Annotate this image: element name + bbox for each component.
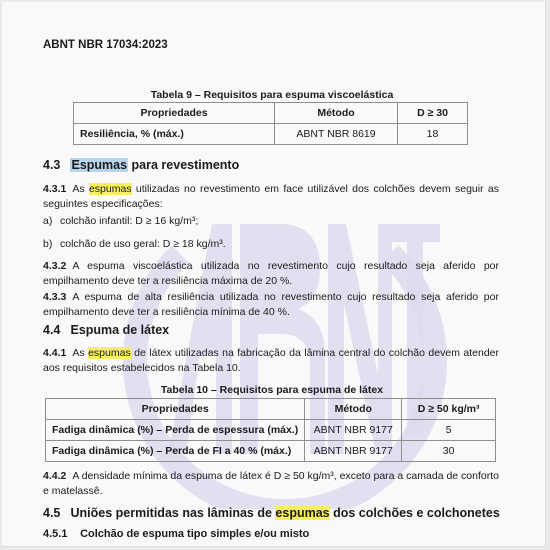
list-item: b)colchão de uso geral: D ≥ 18 kg/m³. xyxy=(43,238,226,250)
list-marker: b) xyxy=(43,238,60,250)
search-match-highlight[interactable]: espumas xyxy=(88,347,131,359)
table9-cell-method: ABNT NBR 8619 xyxy=(275,124,398,145)
selected-text[interactable]: Espumas xyxy=(70,158,128,172)
table10-cell-property: Fadiga dinâmica (%) – Perda de FI a 40 %… xyxy=(46,441,305,462)
list-text: colchão de uso geral: D ≥ 18 kg/m³. xyxy=(60,238,226,250)
list-marker: a) xyxy=(43,215,60,227)
heading-text: Colchão de espuma tipo simples e/ou mist… xyxy=(80,528,309,540)
table9-header-properties: Propriedades xyxy=(74,103,275,124)
text: As xyxy=(72,347,88,359)
table10-cell-value: 30 xyxy=(402,441,496,462)
paragraph-4-3-3: 4.3.3A espuma de alta resiliência utiliz… xyxy=(43,290,499,320)
paragraph-number: 4.3.1 xyxy=(43,183,66,195)
table10-header-properties: Propriedades xyxy=(46,399,305,420)
paragraph-number: 4.3.2 xyxy=(43,260,66,272)
paragraph-number: 4.3.3 xyxy=(43,291,66,303)
list-text: colchão infantil: D ≥ 16 kg/m³; xyxy=(60,215,198,227)
heading-text: Espuma de látex xyxy=(70,323,169,337)
paragraph-4-4-2: 4.4.2A densidade mínima da espuma de lát… xyxy=(43,469,499,499)
heading-text: para revestimento xyxy=(128,158,239,172)
paragraph-4-3-2: 4.3.2A espuma viscoelástica utilizada no… xyxy=(43,259,499,289)
section-4-5-1-heading: 4.5.1 Colchão de espuma tipo simples e/o… xyxy=(43,528,309,540)
paragraph-4-4-1: 4.4.1As espumas de látex utilizadas na f… xyxy=(43,346,499,376)
paragraph-number: 4.4.1 xyxy=(43,347,66,359)
table9-cell-value: 18 xyxy=(398,124,468,145)
table9: Propriedades Método D ≥ 30 Resiliência, … xyxy=(73,102,468,145)
table10-cell-method: ABNT NBR 9177 xyxy=(305,420,402,441)
table10-cell-value: 5 xyxy=(402,420,496,441)
section-number: 4.5.1 xyxy=(43,528,77,540)
section-number: 4.5 xyxy=(43,506,67,520)
table10-header-row: Propriedades Método D ≥ 50 kg/m³ xyxy=(46,399,496,420)
text: A espuma viscoelástica utilizada no reve… xyxy=(43,260,499,287)
table10-caption: Tabela 10 – Requisitos para espuma de lá… xyxy=(47,384,497,396)
table-row: Fadiga dinâmica (%) – Perda de FI a 40 %… xyxy=(46,441,496,462)
table10: Propriedades Método D ≥ 50 kg/m³ Fadiga … xyxy=(45,398,496,462)
section-4-5-heading: 4.5 Uniões permitidas nas lâminas de esp… xyxy=(43,506,500,520)
paragraph-4-3-1: 4.3.1As espumas utilizadas no revestimen… xyxy=(43,182,499,212)
list-item: a)colchão infantil: D ≥ 16 kg/m³; xyxy=(43,215,198,227)
text: A espuma de alta resiliência utilizada n… xyxy=(43,291,499,318)
table9-caption: Tabela 9 – Requisitos para espuma viscoe… xyxy=(75,89,469,101)
section-number: 4.3 xyxy=(43,158,67,172)
table10-cell-method: ABNT NBR 9177 xyxy=(305,441,402,462)
section-4-4-heading: 4.4 Espuma de látex xyxy=(43,323,169,337)
text: A densidade mínima da espuma de látex é … xyxy=(43,470,499,497)
heading-text: Uniões permitidas nas lâminas de xyxy=(70,506,275,520)
table9-header-row: Propriedades Método D ≥ 30 xyxy=(74,103,468,124)
section-4-3-heading: 4.3 Espumas para revestimento xyxy=(43,158,239,172)
paragraph-number: 4.4.2 xyxy=(43,470,66,482)
table-row: Fadiga dinâmica (%) – Perda de espessura… xyxy=(46,420,496,441)
search-match-highlight[interactable]: espumas xyxy=(89,183,132,195)
section-number: 4.4 xyxy=(43,323,67,337)
search-match-highlight[interactable]: espumas xyxy=(275,506,329,520)
table-row: Resiliência, % (máx.) ABNT NBR 8619 18 xyxy=(74,124,468,145)
table10-header-method: Método xyxy=(305,399,402,420)
document-page: ABNT NBR 17034:2023 Tabela 9 – Requisito… xyxy=(2,2,546,547)
table9-cell-property: Resiliência, % (máx.) xyxy=(74,124,275,145)
table10-cell-property: Fadiga dinâmica (%) – Perda de espessura… xyxy=(46,420,305,441)
text: As xyxy=(72,183,89,195)
table9-header-density: D ≥ 30 xyxy=(398,103,468,124)
heading-text: dos colchões e colchonetes xyxy=(330,506,500,520)
standard-id-header: ABNT NBR 17034:2023 xyxy=(43,39,168,51)
table9-header-method: Método xyxy=(275,103,398,124)
table10-header-density: D ≥ 50 kg/m³ xyxy=(402,399,496,420)
